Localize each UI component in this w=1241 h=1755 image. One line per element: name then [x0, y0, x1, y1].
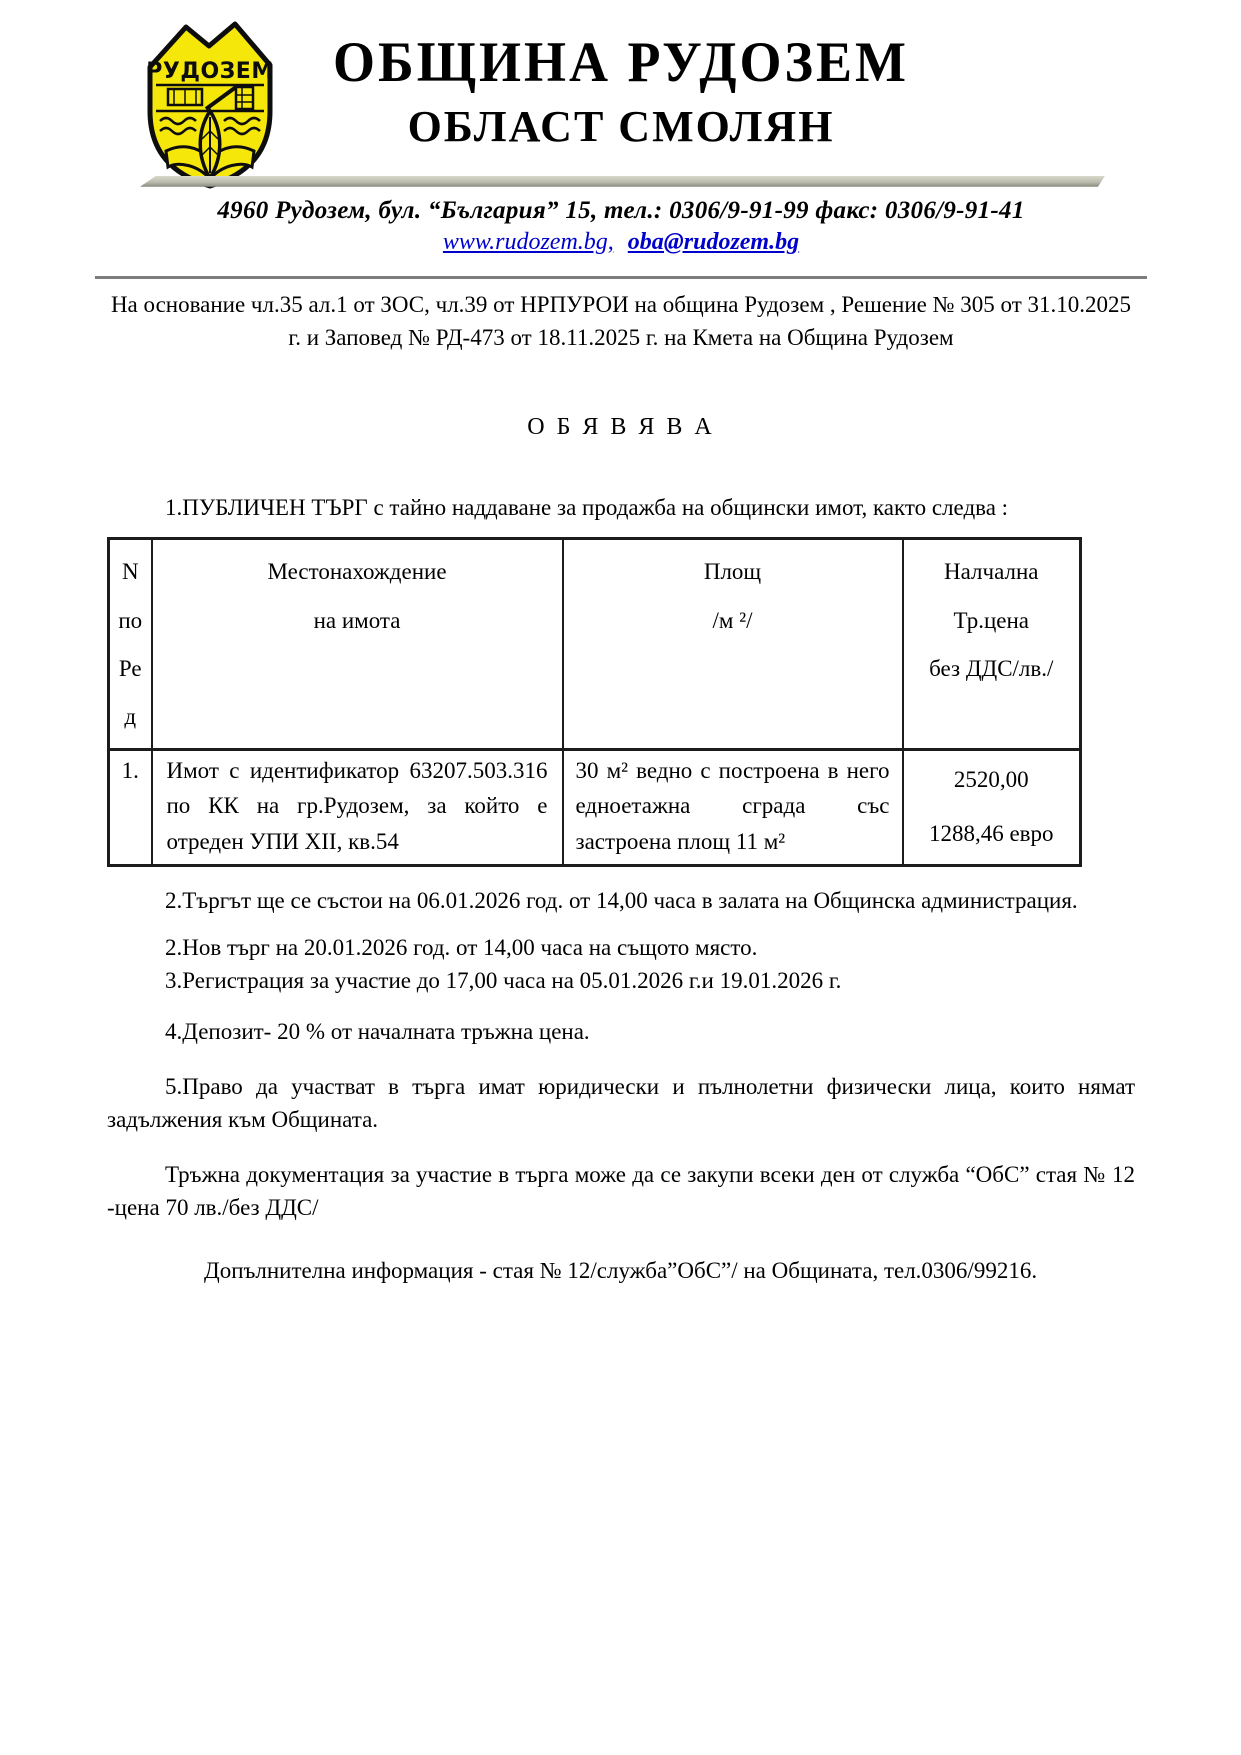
column-header-location: Местонахождение на имота	[152, 539, 563, 749]
document-header: РУДОЗЕМ	[107, 0, 1135, 256]
contact-links: www.rudozem.bg, oba@rudozem.bg	[107, 229, 1135, 256]
announce-heading: О Б Я В Я В А	[107, 414, 1135, 441]
lot-number: 1.	[109, 749, 152, 866]
column-header-number: N по Ред	[109, 539, 152, 749]
auction-lots-table: N по Ред Местонахождение на имота Площ /…	[107, 537, 1082, 867]
table-header-row: N по Ред Местонахождение на имота Площ /…	[109, 539, 1081, 749]
table-row: 1. Имот с идентификатор 63207.503.316 по…	[109, 749, 1081, 866]
lot-price: 2520,00 1288,46 евро	[903, 749, 1081, 866]
column-header-price-line3: без ДДС/лв./	[910, 645, 1074, 693]
column-header-area: Площ /м ²/	[563, 539, 903, 749]
term-new-auction: 2.Нов търг на 20.01.2026 год. от 14,00 ч…	[107, 931, 1135, 964]
column-header-location-line2: на имота	[159, 597, 556, 645]
email-link[interactable]: oba@rudozem.bg	[628, 229, 799, 255]
header-divider-bar	[140, 176, 1105, 187]
term-eligibility: 5.Право да участват в търга имат юридиче…	[107, 1070, 1135, 1136]
additional-info-paragraph: Допълнителна информация - стая № 12/служ…	[107, 1254, 1135, 1287]
lot-price-bgn: 2520,00	[904, 753, 1080, 807]
column-header-area-line1: Площ	[570, 548, 896, 596]
term-registration: 3.Регистрация за участие до 17,00 часа н…	[107, 964, 1135, 997]
org-title: ОБЩИНА РУДОЗЕМ	[107, 33, 1135, 93]
auction-intro: 1.ПУБЛИЧЕН ТЪРГ с тайно наддаване за про…	[107, 495, 1135, 521]
term-auction-date: 2.Търгът ще се състои на 06.01.2026 год.…	[107, 884, 1135, 917]
term-deposit: 4.Депозит- 20 % от началната тръжна цена…	[107, 1015, 1135, 1048]
column-header-price-line1: Налчална	[910, 548, 1074, 596]
documentation-paragraph: Тръжна документация за участие в търга м…	[107, 1158, 1135, 1224]
section-divider	[95, 276, 1147, 279]
lot-location: Имот с идентификатор 63207.503.316 по КК…	[152, 749, 563, 866]
column-header-price: Налчална Тр.цена без ДДС/лв./	[903, 539, 1081, 749]
column-header-location-line1: Местонахождение	[159, 548, 556, 596]
column-header-price-line2: Тр.цена	[910, 597, 1074, 645]
lot-area: 30 м² ведно с построена в него едноетажн…	[563, 749, 903, 866]
column-header-area-line2: /м ²/	[570, 597, 896, 645]
document-page: РУДОЗЕМ	[0, 0, 1241, 1287]
lot-price-eur: 1288,46 евро	[904, 807, 1080, 861]
org-address: 4960 Рудозем, бул. “България” 15, тел.: …	[107, 197, 1135, 225]
legal-basis-paragraph: На основание чл.35 ал.1 от ЗОС, чл.39 от…	[107, 288, 1135, 355]
website-link[interactable]: www.rudozem.bg,	[443, 229, 614, 255]
